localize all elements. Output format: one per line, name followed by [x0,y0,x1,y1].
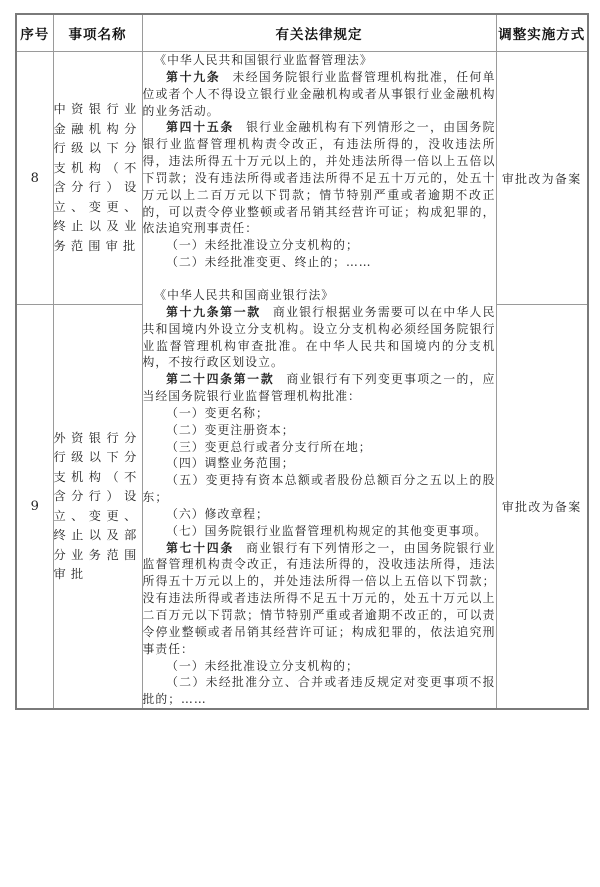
article-label: 第二十四条第一款 [166,372,274,386]
item-name: 中资银行业金融机构分行级以下分支机构（不含分行）设立、变更、终止以及业务范围审批 [53,52,142,305]
row-number: 8 [16,52,53,305]
law-article: 第七十四条商业银行有下列情形之一，由国务院银行业监督管理机构责令改正，有违法所得… [143,540,496,658]
header-law-provisions: 有关法律规定 [142,14,496,52]
article-item: （二）未经批准分立、合并或者违反规定对变更事项不报批的；…… [143,674,496,708]
article-label: 第十九条第一款 [166,305,261,319]
article-text: 商业银行有下列情形之一，由国务院银行业监督管理机构责令改正，有违法所得的，没收违… [143,541,496,656]
law-article: 第十九条第一款商业银行根据业务需要可以在中华人民共和国境内外设立分支机构。设立分… [143,304,496,371]
law-title: 《中华人民共和国银行业监督管理法》 [143,52,496,69]
adjustment-mode: 审批改为备案 [496,52,588,305]
article-item: （二）未经批准变更、终止的；…… [143,254,496,271]
law-article: 第十九条未经国务院银行业监督管理机构批准，任何单位或者个人不得设立银行业金融机构… [143,69,496,120]
row-number: 9 [16,305,53,710]
item-name: 外资银行分行级以下分支机构（不含分行）设立、变更、终止以及部分业务范围审批 [53,305,142,710]
header-adjustment-mode: 调整实施方式 [496,14,588,52]
article-text: 银行业金融机构有下列情形之一，由国务院银行业监督管理机构责令改正，有违法所得的，… [143,120,496,235]
law-article: 第四十五条银行业金融机构有下列情形之一，由国务院银行业监督管理机构责令改正，有违… [143,119,496,237]
spacer [143,271,496,287]
law-title: 《中华人民共和国商业银行法》 [143,287,496,304]
article-item: （一）未经批准设立分支机构的； [143,237,496,254]
article-item: （一）未经批准设立分支机构的； [143,658,496,675]
law-article: 第二十四条第一款商业银行有下列变更事项之一的，应当经国务院银行业监督管理机构批准… [143,371,496,405]
regulation-table: 序号 事项名称 有关法律规定 调整实施方式 8 中资银行业金融机构分行级以下分支… [15,13,589,710]
table-row: 8 中资银行业金融机构分行级以下分支机构（不含分行）设立、变更、终止以及业务范围… [16,52,588,305]
table-header-row: 序号 事项名称 有关法律规定 调整实施方式 [16,14,588,52]
article-item: （五）变更持有资本总额或者股份总额百分之五以上的股东； [143,472,496,506]
adjustment-mode: 审批改为备案 [496,305,588,710]
article-label: 第四十五条 [166,120,234,134]
article-item: （七）国务院银行业监督管理机构规定的其他变更事项。 [143,523,496,540]
article-label: 第十九条 [166,70,220,84]
header-number: 序号 [16,14,53,52]
header-item-name: 事项名称 [53,14,142,52]
law-provisions-cell: 《中华人民共和国银行业监督管理法》 第十九条未经国务院银行业监督管理机构批准，任… [142,52,496,710]
article-item: （四）调整业务范围； [143,455,496,472]
article-item: （二）变更注册资本； [143,422,496,439]
article-item: （六）修改章程； [143,506,496,523]
article-item: （一）变更名称； [143,405,496,422]
article-label: 第七十四条 [166,541,234,555]
article-item: （三）变更总行或者分支行所在地； [143,439,496,456]
